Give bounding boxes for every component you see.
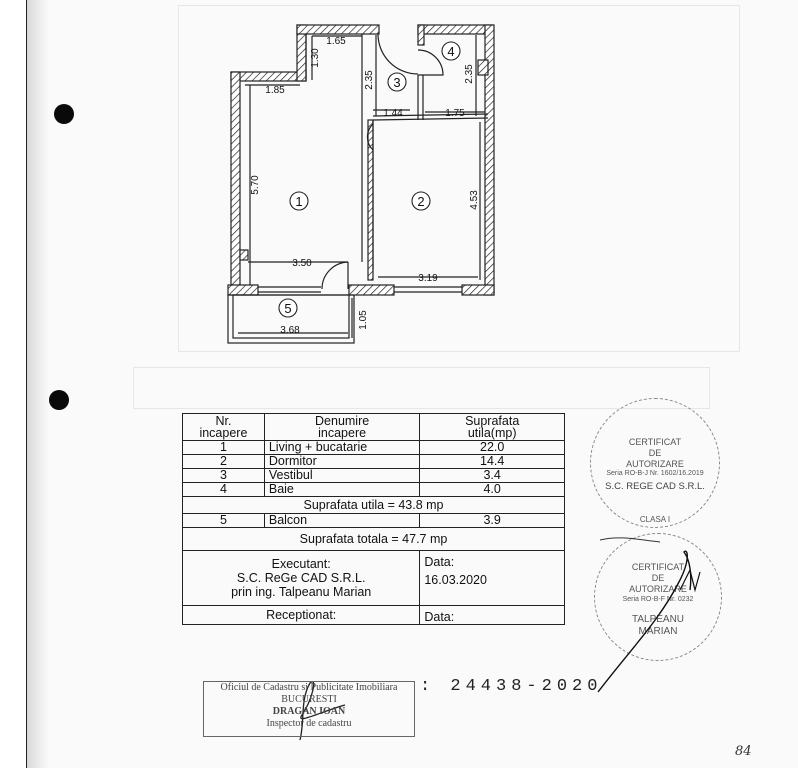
executant-row: Executant: S.C. ReGe CAD S.R.L. prin ing… [183,551,565,606]
ocpi-stamp: Oficiul de Cadastru si Publicitate Imobi… [203,681,415,737]
company-stamp: CERTIFICAT DE AUTORIZARE Seria RO-B-J Nr… [590,398,720,528]
table-row: 1 Living + bucatarie 22.0 [183,441,565,455]
executant-cell: Executant: S.C. ReGe CAD S.R.L. prin ing… [183,551,420,606]
dimension-label: 1.30 [310,48,321,68]
dimension-label: 1.05 [358,310,369,330]
room-label-3: 3 [393,75,400,90]
cell-nr: 1 [183,441,265,455]
cell-name: Baie [264,483,420,497]
total-text: Suprafata totala = 47.7 mp [183,528,565,551]
table-row: 4 Baie 4.0 [183,483,565,497]
cell-nr: 3 [183,469,265,483]
header-name: Denumireincapere [264,414,420,441]
table-row: 3 Vestibul 3.4 [183,469,565,483]
cell-name: Balcon [264,514,420,528]
dimension-label: 1.75 [445,108,465,119]
room-label-4: 4 [447,44,454,59]
engineer-stamp: CERTIFICAT DE AUTORIZARE Seria RO-B-F Nr… [594,533,722,661]
cell-name: Dormitor [264,455,420,469]
cell-nr: 2 [183,455,265,469]
dimension-label: 3.19 [418,273,438,284]
header-area: Suprafatautila(mp) [420,414,565,441]
subtotal-text: Suprafata utila = 43.8 mp [183,497,565,514]
date-cell-2: Data: [420,606,565,625]
cell-area: 3.9 [420,514,565,528]
cell-area: 4.0 [420,483,565,497]
dimension-label: 5.70 [250,175,261,195]
table-row: 5 Balcon 3.9 [183,514,565,528]
subtotal-row: Suprafata utila = 43.8 mp [183,497,565,514]
cell-area: 3.4 [420,469,565,483]
room-label-1: 1 [295,194,302,209]
dimension-label: 4.53 [469,190,480,210]
dimension-label: 2.35 [364,70,375,90]
dimension-label: 2.35 [464,64,475,84]
page-number: 84 [735,744,752,759]
cell-nr: 5 [183,514,265,528]
total-row: Suprafata totala = 47.7 mp [183,528,565,551]
header-nr: Nr.incapere [183,414,265,441]
dimension-label: 3.68 [280,325,300,336]
dimension-label: 1.65 [326,36,346,47]
cell-nr: 4 [183,483,265,497]
receptionat-cell: Receptionat: [183,606,420,625]
cell-area: 14.4 [420,455,565,469]
room-label-5: 5 [284,301,291,316]
registration-number: : 24438-2020 [420,677,602,696]
dimension-label: 3.50 [292,258,312,269]
dimension-label: 1.44 [383,108,403,119]
table-row: 2 Dormitor 14.4 [183,455,565,469]
cell-name: Living + bucatarie [264,441,420,455]
room-label-2: 2 [417,194,424,209]
date-cell: Data: 16.03.2020 [420,551,565,606]
room-area-table: Nr.incapere Denumireincapere Suprafataut… [182,413,565,625]
cell-area: 22.0 [420,441,565,455]
cell-name: Vestibul [264,469,420,483]
table-header-row: Nr.incapere Denumireincapere Suprafataut… [183,414,565,441]
dimension-label: 1.85 [265,85,285,96]
receptionat-row: Receptionat: Data: [183,606,565,625]
